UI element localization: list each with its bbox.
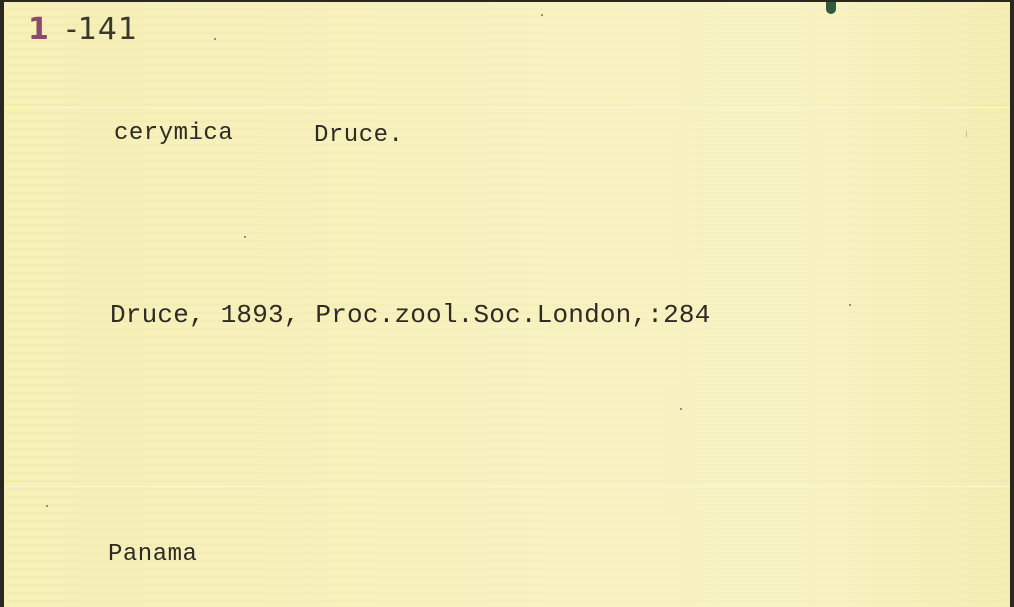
paper-speck	[966, 130, 967, 138]
ruled-line	[4, 486, 1010, 487]
species-author: Druce.	[314, 122, 403, 149]
paper-speck	[849, 304, 851, 306]
locality: Panama	[108, 541, 197, 568]
citation: Druce, 1893, Proc.zool.Soc.London,:284	[110, 300, 711, 330]
tab-marker	[826, 2, 836, 14]
paper-speck	[46, 505, 48, 507]
paper-speck	[541, 14, 543, 16]
species-name: cerymica	[114, 120, 233, 147]
handwritten-prefix: 1	[28, 12, 49, 47]
handwritten-card-number: -141	[66, 12, 138, 47]
paper-speck	[244, 236, 246, 238]
ruled-line	[4, 107, 1010, 108]
paper-speck	[680, 408, 682, 410]
paper-speck	[214, 38, 216, 40]
index-card: 1 -141 cerymica Druce. Druce, 1893, Proc…	[4, 2, 1010, 607]
